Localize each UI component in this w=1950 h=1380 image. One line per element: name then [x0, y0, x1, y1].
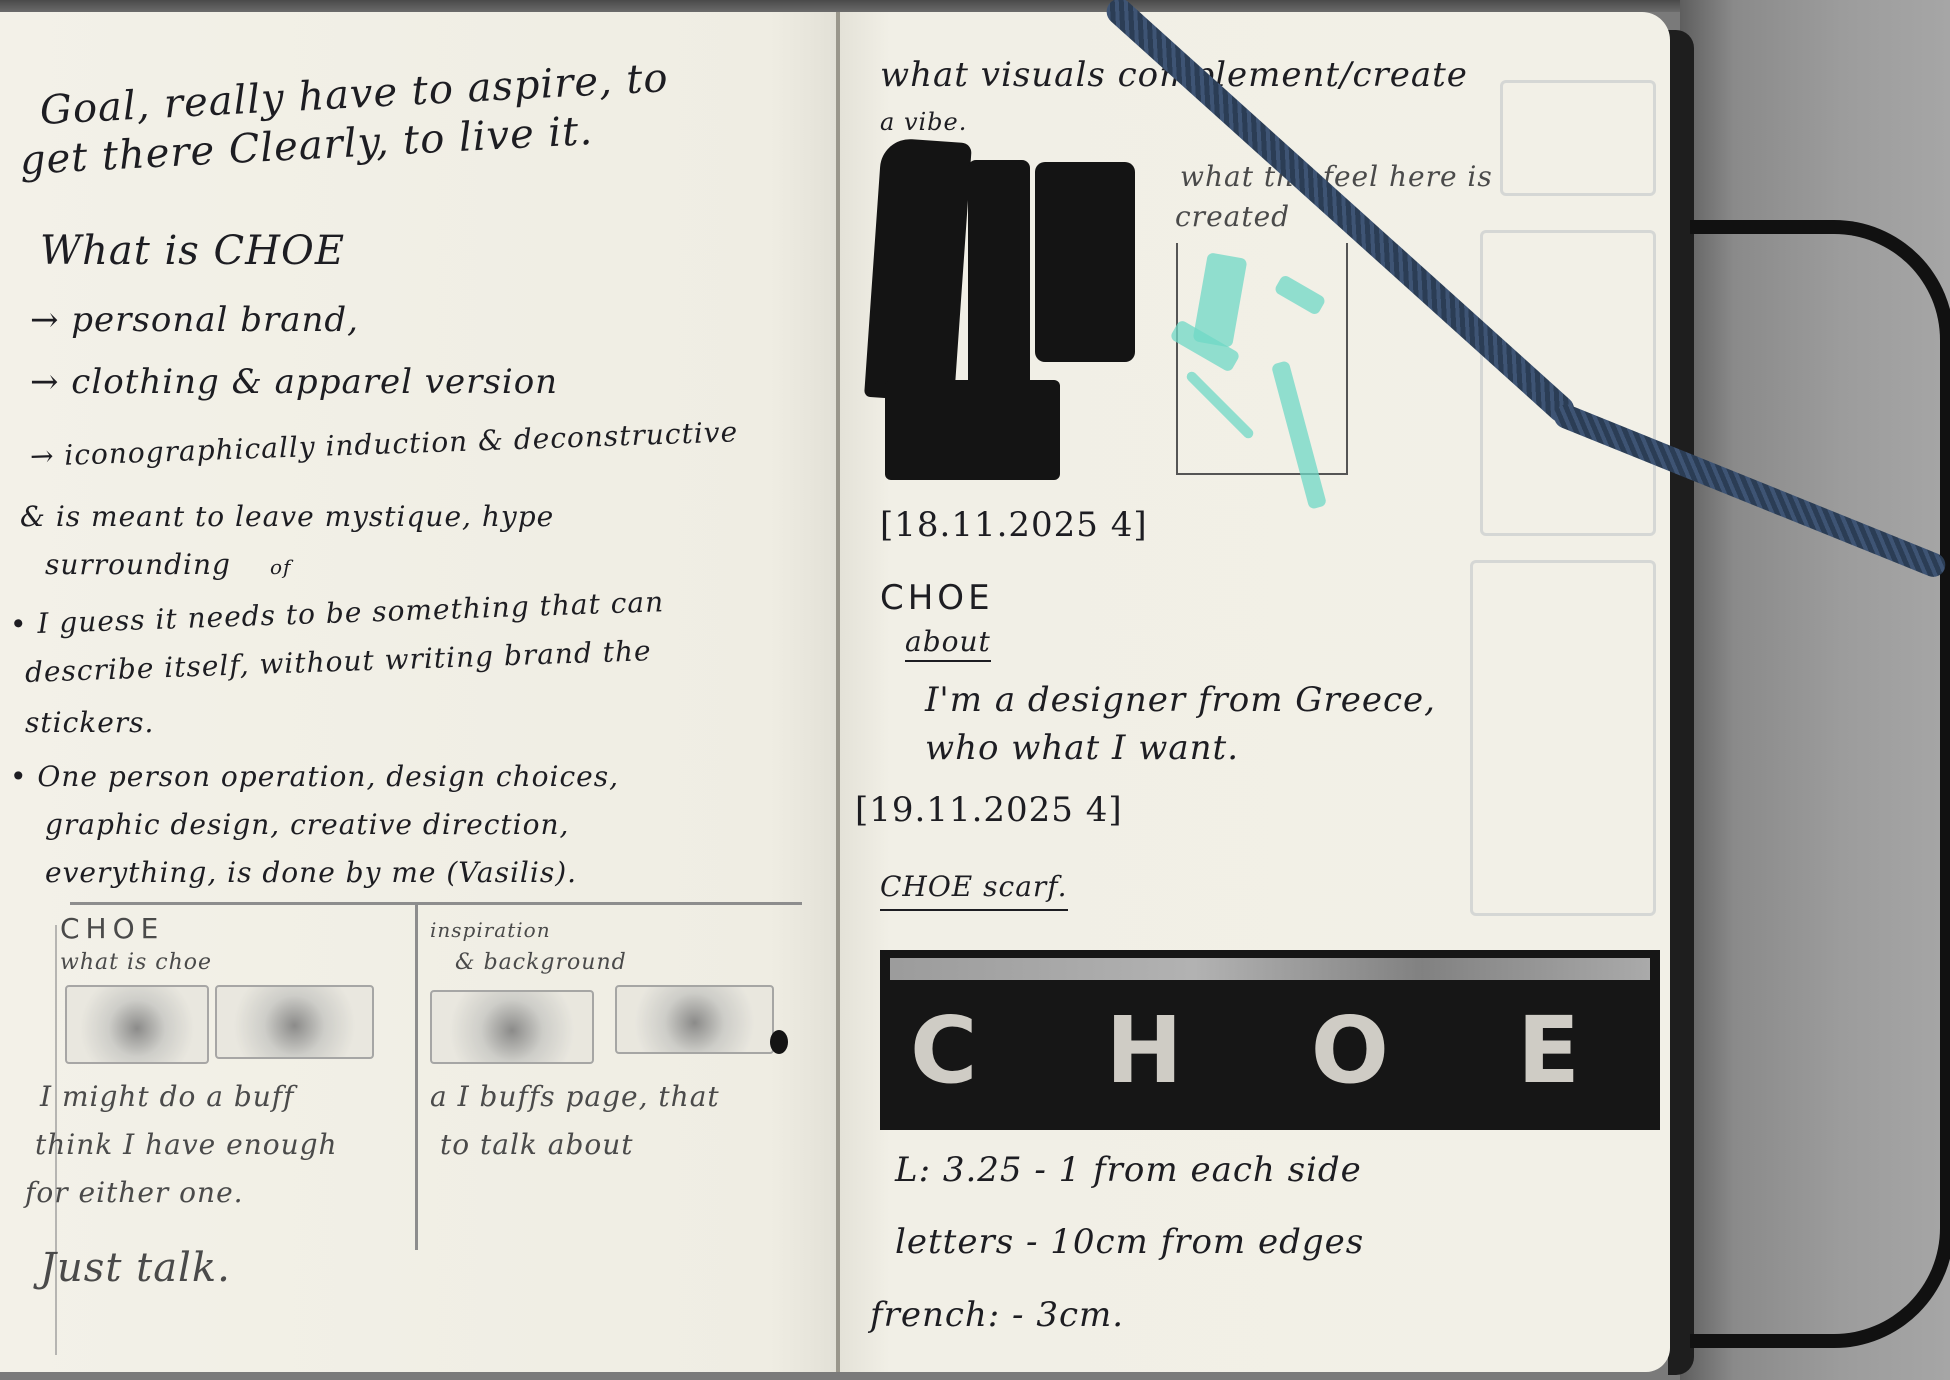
point-2-line-2: graphic design, creative direction,	[45, 808, 569, 841]
bleedthrough-mark	[1500, 80, 1656, 196]
scan-top-edge	[0, 0, 1680, 12]
box-1-note-line-2: think I have enough	[35, 1128, 338, 1161]
bleedthrough-mark	[1470, 560, 1656, 916]
ink-brush-stroke	[885, 380, 1060, 480]
spec-line-2: letters - 10cm from edges	[895, 1222, 1364, 1262]
thumbnail-sketch	[615, 985, 774, 1054]
scarf-letter: H	[1106, 997, 1213, 1104]
point-2-line-3: everything, is done by me (Vasilis).	[45, 856, 577, 889]
note-text-line-2: who what I want.	[925, 728, 1239, 768]
box-2-title: inspiration	[430, 918, 551, 942]
pencil-sketch-frame	[1176, 243, 1348, 475]
scarf-title: CHOE scarf.	[880, 870, 1068, 911]
bullet-of: of	[270, 555, 291, 579]
page-gutter	[836, 12, 840, 1372]
ink-brush-stroke	[864, 137, 972, 403]
date-2: [19.11.2025 4]	[855, 790, 1123, 830]
thumbnail-sketch	[215, 985, 374, 1059]
thumbnail-sketch	[65, 985, 209, 1064]
bleedthrough-mark	[1480, 230, 1656, 536]
box-2-subtitle: & background	[455, 950, 627, 975]
note-text-line-1: I'm a designer from Greece,	[925, 680, 1436, 720]
scarf-letter: O	[1311, 997, 1419, 1104]
box-1-note-line-1: I might do a buff	[40, 1080, 295, 1113]
ink-brush-stroke	[1035, 162, 1135, 362]
box-2-note-line-2: to talk about	[440, 1128, 634, 1161]
spec-line-1: L: 3.25 - 1 from each side	[895, 1150, 1362, 1190]
bullet-personal-brand: → personal brand,	[30, 300, 359, 340]
bullet-surrounding: surrounding	[45, 548, 231, 581]
elastic-band-loop	[1690, 220, 1950, 1348]
left-page	[0, 12, 838, 1372]
ink-brush-stroke	[968, 160, 1030, 400]
ink-blot	[770, 1030, 788, 1054]
bullet-clothing: → clothing & apparel version	[30, 362, 558, 402]
note-subtitle: about	[905, 625, 991, 662]
scarf-letter: E	[1517, 997, 1610, 1104]
sketch-caption-line-2: created	[1175, 200, 1290, 233]
bullet-mystique: & is meant to leave mystique, hype	[20, 500, 554, 533]
note-title: CHOE	[880, 578, 994, 618]
box-1-note-line-3: for either one.	[25, 1176, 244, 1209]
point-1-line-3: stickers.	[25, 706, 154, 739]
box-1-title: CHOE	[60, 912, 164, 945]
left-heading: What is CHOE	[40, 228, 345, 274]
sketch-caption-line-1: what the feel here is	[1180, 160, 1493, 193]
spec-line-3: french: - 3cm.	[870, 1295, 1124, 1335]
scarf-banner-lettering: C H O E	[910, 1000, 1610, 1100]
thumbnail-sketch	[430, 990, 594, 1064]
pencil-divider-vertical	[415, 905, 418, 1250]
right-top-line-2: a vibe.	[880, 108, 967, 136]
point-2-line-1: • One person operation, design choices,	[10, 760, 619, 793]
left-footer: Just talk.	[40, 1245, 231, 1291]
scarf-letter: C	[910, 997, 1008, 1104]
date-1: [18.11.2025 4]	[880, 505, 1148, 545]
box-1-subtitle: what is choe	[60, 950, 212, 975]
box-2-note-line-1: a I buffs page, that	[430, 1080, 720, 1113]
scarf-banner-dry-brush	[890, 958, 1650, 980]
pencil-divider-horizontal	[70, 902, 802, 905]
